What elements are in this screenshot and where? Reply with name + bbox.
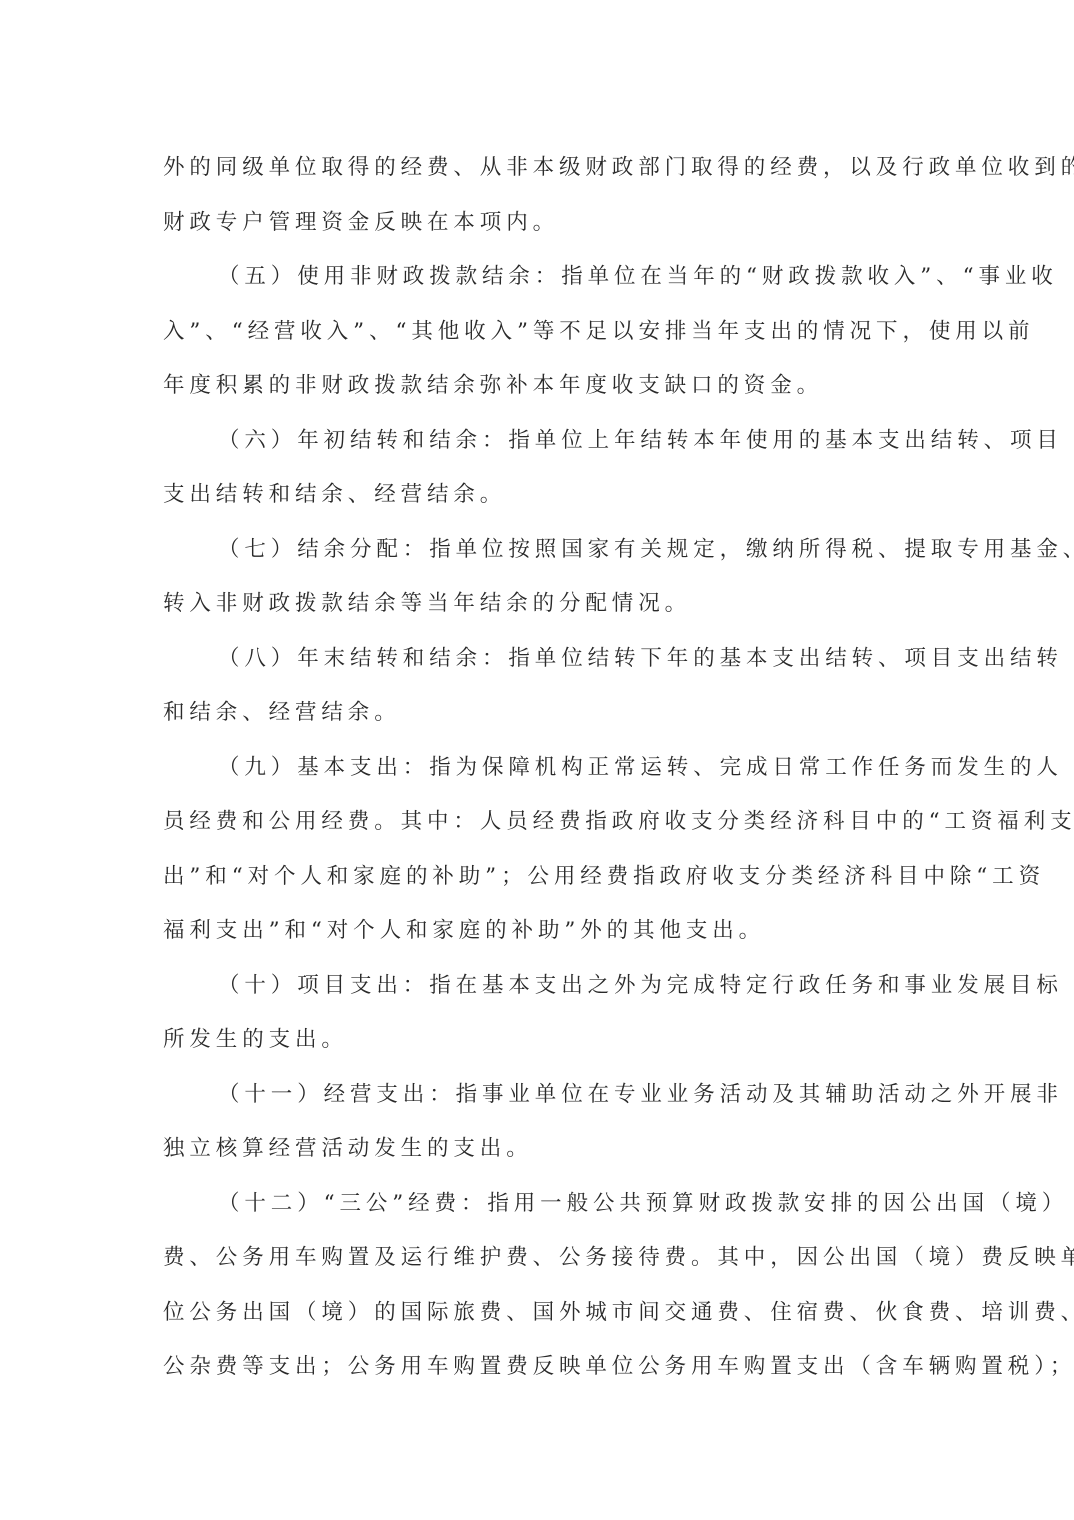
paragraph-continued-from-previous: 外的同级单位取得的经费、从非本级财政部门取得的经费，以及行政单位收到的 财政专户… [163, 153, 923, 262]
text-line: 外的同级单位取得的经费、从非本级财政部门取得的经费，以及行政单位收到的 [163, 153, 923, 208]
text-line: （六）年初结转和结余：指单位上年结转本年使用的基本支出结转、项目 [163, 426, 923, 481]
text-line: （九）基本支出：指为保障机构正常运转、完成日常工作任务而发生的人 [163, 753, 923, 808]
text-line: （十二）“三公”经费：指用一般公共预算财政拨款安排的因公出国（境） [163, 1189, 923, 1244]
document-page: 外的同级单位取得的经费、从非本级财政部门取得的经费，以及行政单位收到的 财政专户… [163, 153, 923, 1407]
text-line: 和结余、经营结余。 [163, 698, 923, 753]
text-line: 年度积累的非财政拨款结余弥补本年度收支缺口的资金。 [163, 371, 923, 426]
text-line: 公杂费等支出；公务用车购置费反映单位公务用车购置支出（含车辆购置税）； [163, 1352, 923, 1407]
paragraph-item-11-operating-expenditure: （十一）经营支出：指事业单位在专业业务活动及其辅助活动之外开展非 独立核算经营活… [163, 1080, 923, 1189]
text-line: 员经费和公用经费。其中：人员经费指政府收支分类经济科目中的“工资福利支 [163, 807, 923, 862]
paragraph-item-9-basic-expenditure: （九）基本支出：指为保障机构正常运转、完成日常工作任务而发生的人 员经费和公用经… [163, 753, 923, 971]
paragraph-item-8-closing-carryover: （八）年末结转和结余：指单位结转下年的基本支出结转、项目支出结转 和结余、经营结… [163, 644, 923, 753]
text-line: 出”和“对个人和家庭的补助”；公用经费指政府收支分类经济科目中除“工资 [163, 862, 923, 917]
paragraph-item-6-opening-carryover: （六）年初结转和结余：指单位上年结转本年使用的基本支出结转、项目 支出结转和结余… [163, 426, 923, 535]
text-line: （十）项目支出：指在基本支出之外为完成特定行政任务和事业发展目标 [163, 971, 923, 1026]
paragraph-item-12-three-public-expenses: （十二）“三公”经费：指用一般公共预算财政拨款安排的因公出国（境） 费、公务用车… [163, 1189, 923, 1407]
text-line: （八）年末结转和结余：指单位结转下年的基本支出结转、项目支出结转 [163, 644, 923, 699]
text-line: 福利支出”和“对个人和家庭的补助”外的其他支出。 [163, 916, 923, 971]
text-line: （十一）经营支出：指事业单位在专业业务活动及其辅助活动之外开展非 [163, 1080, 923, 1135]
text-line: 所发生的支出。 [163, 1025, 923, 1080]
text-line: （五）使用非财政拨款结余：指单位在当年的“财政拨款收入”、“事业收 [163, 262, 923, 317]
text-line: 位公务出国（境）的国际旅费、国外城市间交通费、住宿费、伙食费、培训费、 [163, 1298, 923, 1353]
paragraph-item-7-surplus-distribution: （七）结余分配：指单位按照国家有关规定，缴纳所得税、提取专用基金、 转入非财政拨… [163, 535, 923, 644]
text-line: （七）结余分配：指单位按照国家有关规定，缴纳所得税、提取专用基金、 [163, 535, 923, 590]
text-line: 独立核算经营活动发生的支出。 [163, 1134, 923, 1189]
text-line: 费、公务用车购置及运行维护费、公务接待费。其中，因公出国（境）费反映单 [163, 1243, 923, 1298]
text-line: 转入非财政拨款结余等当年结余的分配情况。 [163, 589, 923, 644]
text-line: 支出结转和结余、经营结余。 [163, 480, 923, 535]
text-line: 入”、“经营收入”、“其他收入”等不足以安排当年支出的情况下，使用以前 [163, 317, 923, 372]
text-line: 财政专户管理资金反映在本项内。 [163, 208, 923, 263]
paragraph-item-10-project-expenditure: （十）项目支出：指在基本支出之外为完成特定行政任务和事业发展目标 所发生的支出。 [163, 971, 923, 1080]
paragraph-item-5-non-fiscal-surplus-use: （五）使用非财政拨款结余：指单位在当年的“财政拨款收入”、“事业收 入”、“经营… [163, 262, 923, 426]
